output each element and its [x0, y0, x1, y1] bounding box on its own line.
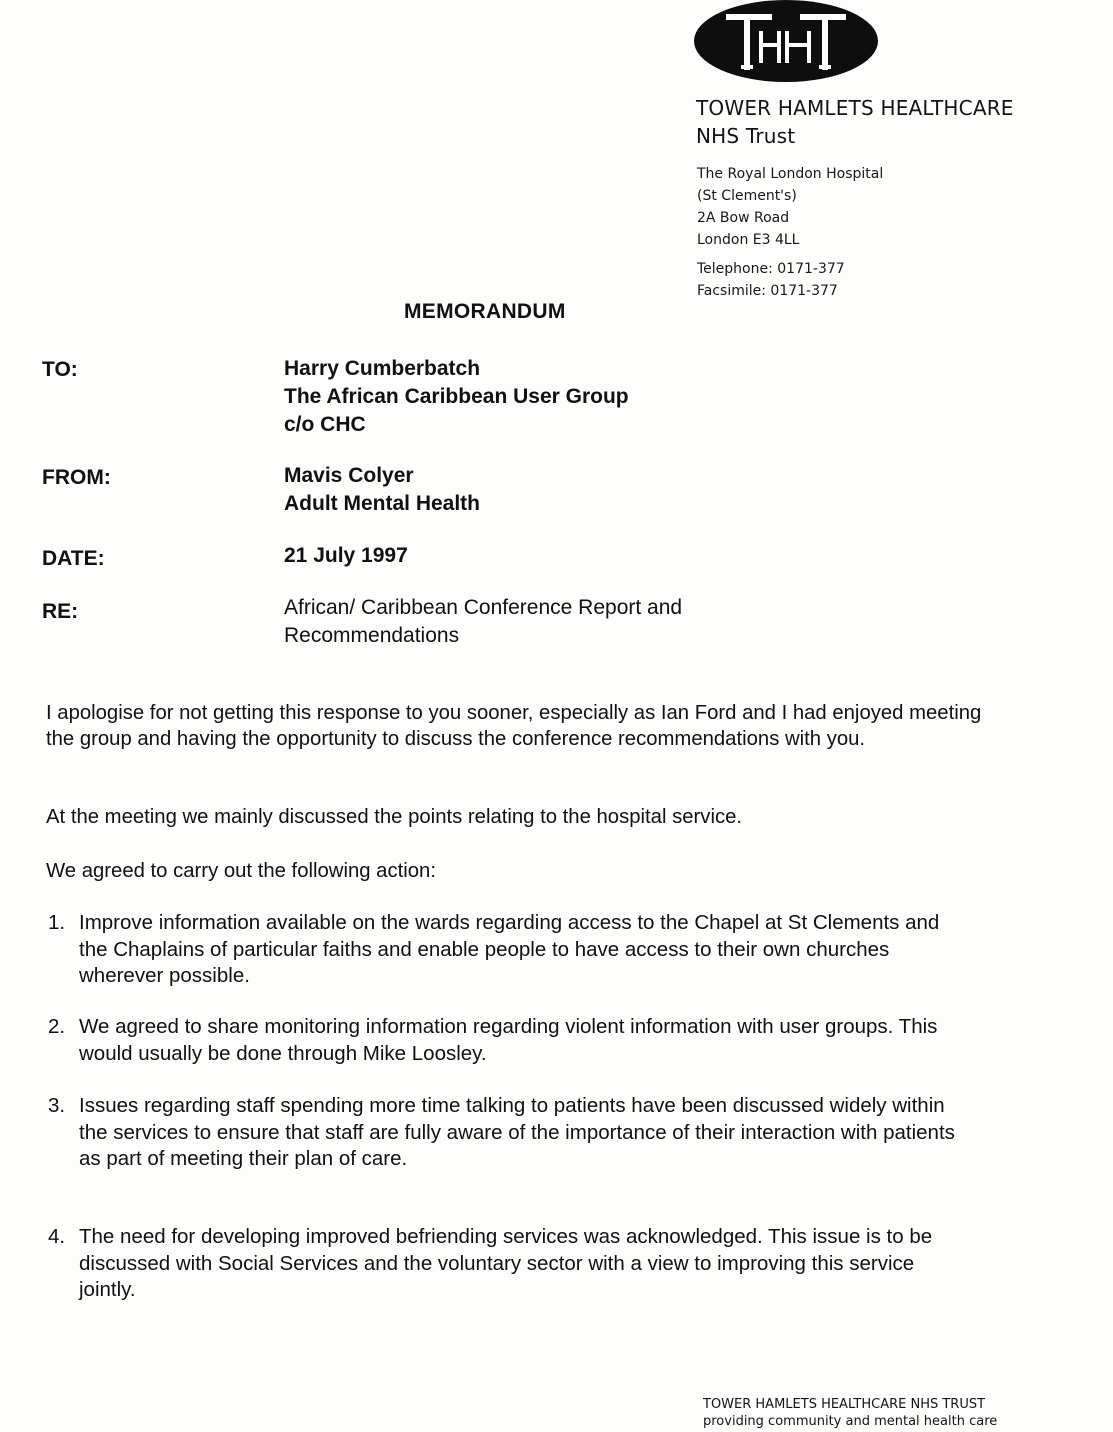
- action-item: 4. The need for developing improved befr…: [48, 1224, 968, 1304]
- thht-monogram-icon: [721, 9, 851, 73]
- from-label: FROM:: [42, 466, 111, 490]
- facsimile: Facsimile: 0171-377: [697, 280, 845, 302]
- from-value: Mavis Colyer Adult Mental Health: [284, 462, 480, 518]
- action-item: 1. Improve information available on the …: [48, 910, 968, 990]
- re-value: African/ Caribbean Conference Report and…: [284, 594, 682, 650]
- telephone: Telephone: 0171-377: [697, 258, 845, 280]
- action-number: 4.: [48, 1224, 79, 1304]
- footer-tagline: providing community and mental health ca…: [703, 1413, 997, 1430]
- trust-logo: [694, 0, 878, 82]
- to-label: TO:: [42, 358, 78, 382]
- to-value: Harry Cumberbatch The African Caribbean …: [284, 355, 629, 439]
- contact-numbers: Telephone: 0171-377 Facsimile: 0171-377: [697, 258, 845, 302]
- body-paragraph-3: We agreed to carry out the following act…: [46, 858, 996, 884]
- memo-title: MEMORANDUM: [404, 300, 566, 324]
- action-number: 2.: [48, 1014, 79, 1067]
- action-number: 3.: [48, 1093, 79, 1173]
- postal-address: The Royal London Hospital (St Clement's)…: [697, 163, 883, 251]
- action-item: 3. Issues regarding staff spending more …: [48, 1093, 968, 1173]
- action-item: 2. We agreed to share monitoring informa…: [48, 1014, 968, 1067]
- action-text: Issues regarding staff spending more tim…: [79, 1093, 968, 1173]
- footer-org-name: TOWER HAMLETS HEALTHCARE NHS TRUST: [703, 1396, 997, 1413]
- action-text: Improve information available on the war…: [79, 910, 968, 990]
- body-paragraph-2: At the meeting we mainly discussed the p…: [46, 804, 996, 830]
- date-value: 21 July 1997: [284, 542, 408, 570]
- re-label: RE:: [42, 600, 78, 624]
- action-text: The need for developing improved befrien…: [79, 1224, 968, 1304]
- action-number: 1.: [48, 910, 79, 990]
- body-paragraph-1: I apologise for not getting this respons…: [46, 700, 996, 752]
- organization-name: TOWER HAMLETS HEALTHCARE NHS Trust: [696, 94, 1014, 150]
- footer: TOWER HAMLETS HEALTHCARE NHS TRUST provi…: [703, 1396, 997, 1430]
- date-label: DATE:: [42, 547, 105, 571]
- action-text: We agreed to share monitoring informatio…: [79, 1014, 968, 1067]
